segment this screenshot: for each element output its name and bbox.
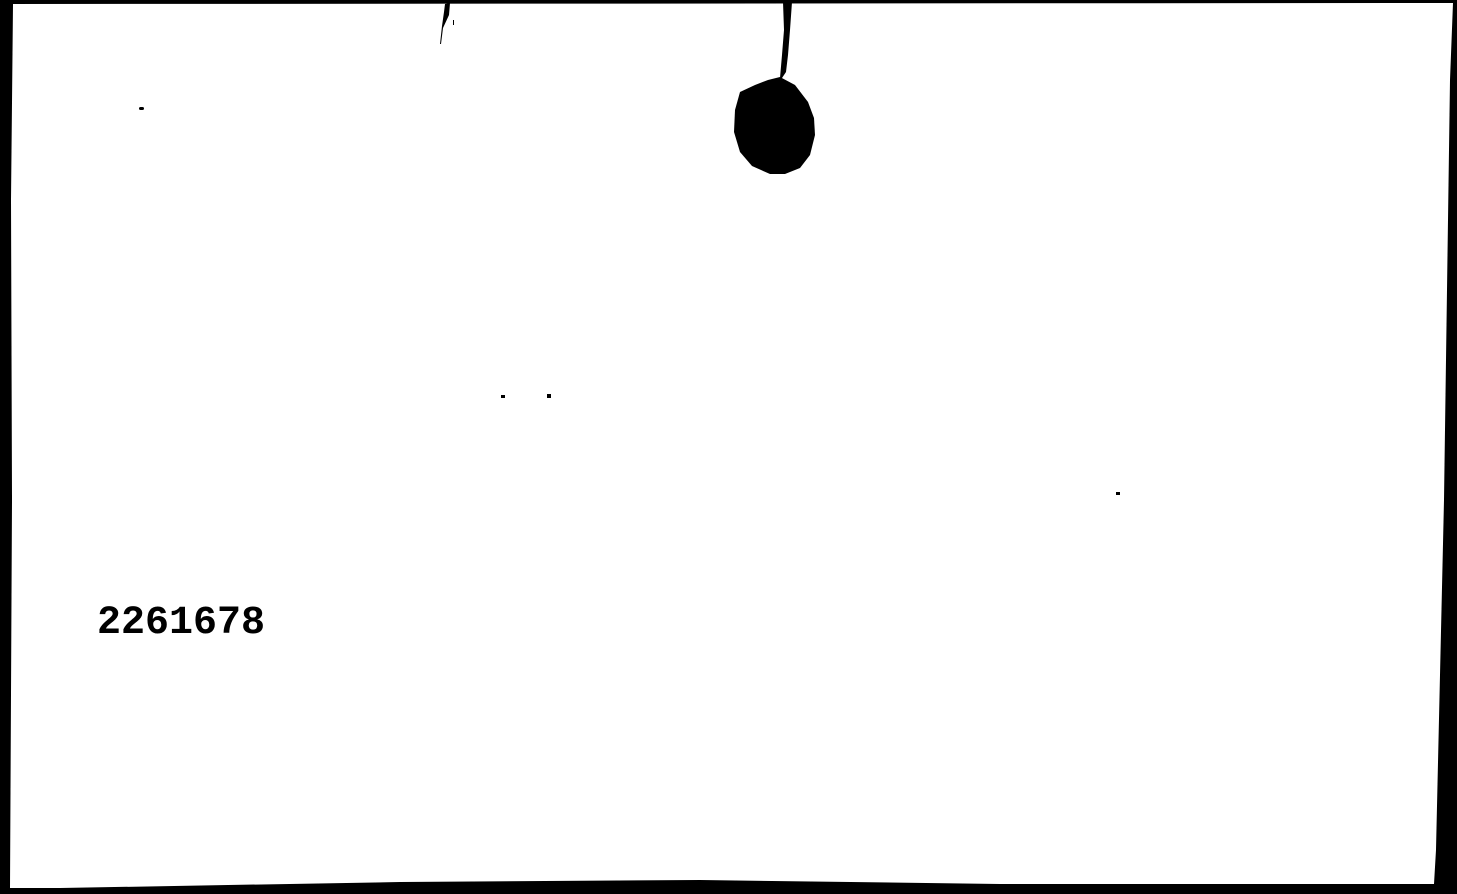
speck-mark	[139, 107, 144, 110]
card-number: 2261678	[97, 604, 265, 644]
paper-card	[0, 0, 1457, 894]
speck-mark	[547, 394, 551, 398]
speck-mark	[1116, 492, 1120, 495]
speck-mark	[501, 395, 505, 398]
scanned-card: 2261678	[0, 0, 1457, 894]
